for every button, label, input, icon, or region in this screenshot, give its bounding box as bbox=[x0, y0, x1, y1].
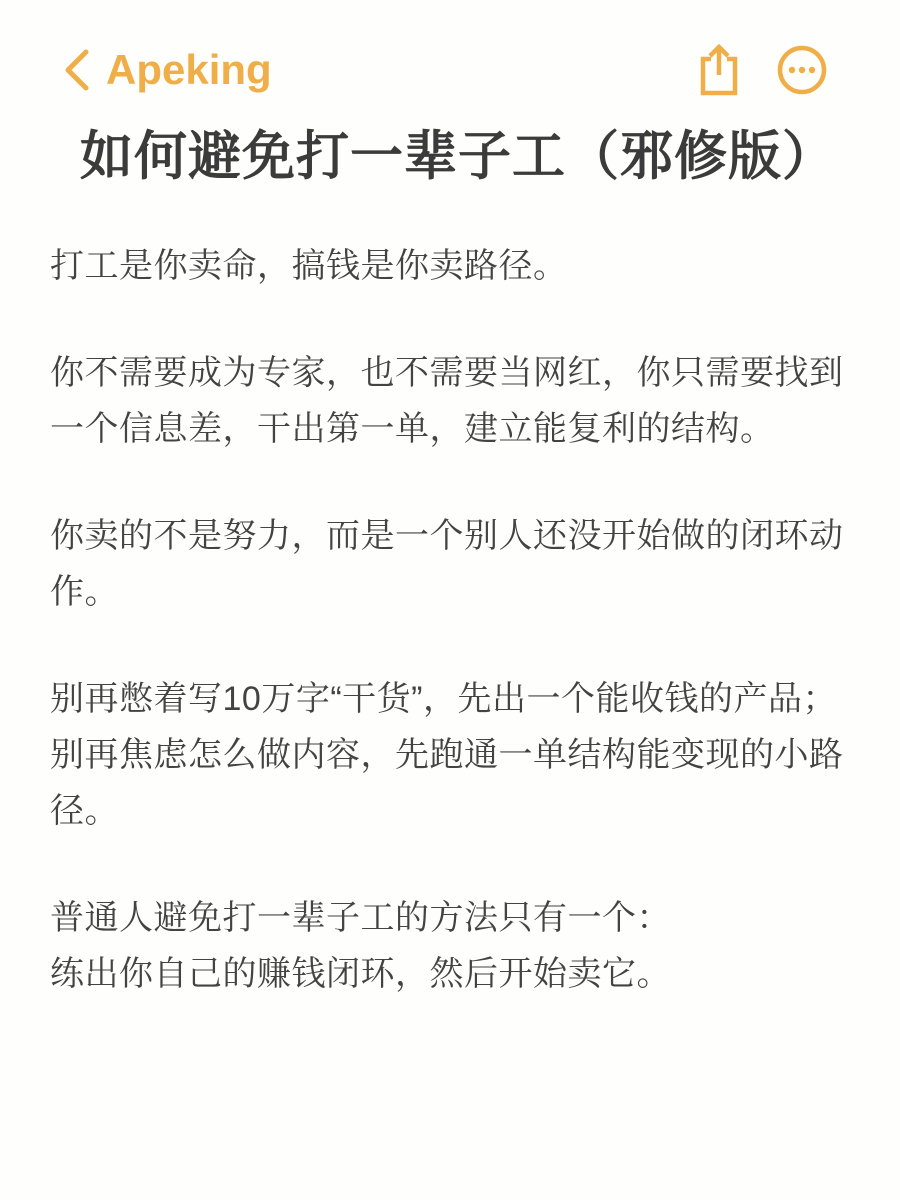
share-button[interactable] bbox=[698, 44, 740, 96]
note-content: 如何避免打一辈子工（邪修版） 打工是你卖命，搞钱是你卖路径。你不需要成为专家，也… bbox=[0, 124, 900, 1002]
navigation-bar: Apeking bbox=[0, 0, 900, 96]
chevron-left-icon bbox=[62, 48, 92, 92]
paragraph: 你卖的不是努力，而是一个别人还没开始做的闭环动作。 bbox=[50, 508, 862, 620]
note-page: Apeking bbox=[0, 0, 900, 1200]
paragraph: 普通人避免打一辈子工的方法只有一个： 练出你自己的赚钱闭环，然后开始卖它。 bbox=[50, 890, 862, 1002]
ellipsis-circle-icon bbox=[776, 44, 828, 96]
paragraph: 打工是你卖命，搞钱是你卖路径。 bbox=[50, 238, 862, 294]
more-button[interactable] bbox=[776, 44, 828, 96]
share-icon bbox=[698, 44, 740, 96]
header-actions bbox=[698, 44, 828, 96]
note-body: 打工是你卖命，搞钱是你卖路径。你不需要成为专家，也不需要当网红，你只需要找到一个… bbox=[50, 238, 862, 1002]
paragraph: 别再憋着写10万字“干货”，先出一个能收钱的产品；别再焦虑怎么做内容，先跑通一单… bbox=[50, 671, 862, 839]
back-button[interactable]: Apeking bbox=[62, 48, 272, 92]
back-button-label: Apeking bbox=[106, 49, 272, 91]
paragraph: 你不需要成为专家，也不需要当网红，你只需要找到一个信息差，干出第一单，建立能复利… bbox=[50, 345, 862, 457]
note-title: 如何避免打一辈子工（邪修版） bbox=[80, 124, 862, 190]
